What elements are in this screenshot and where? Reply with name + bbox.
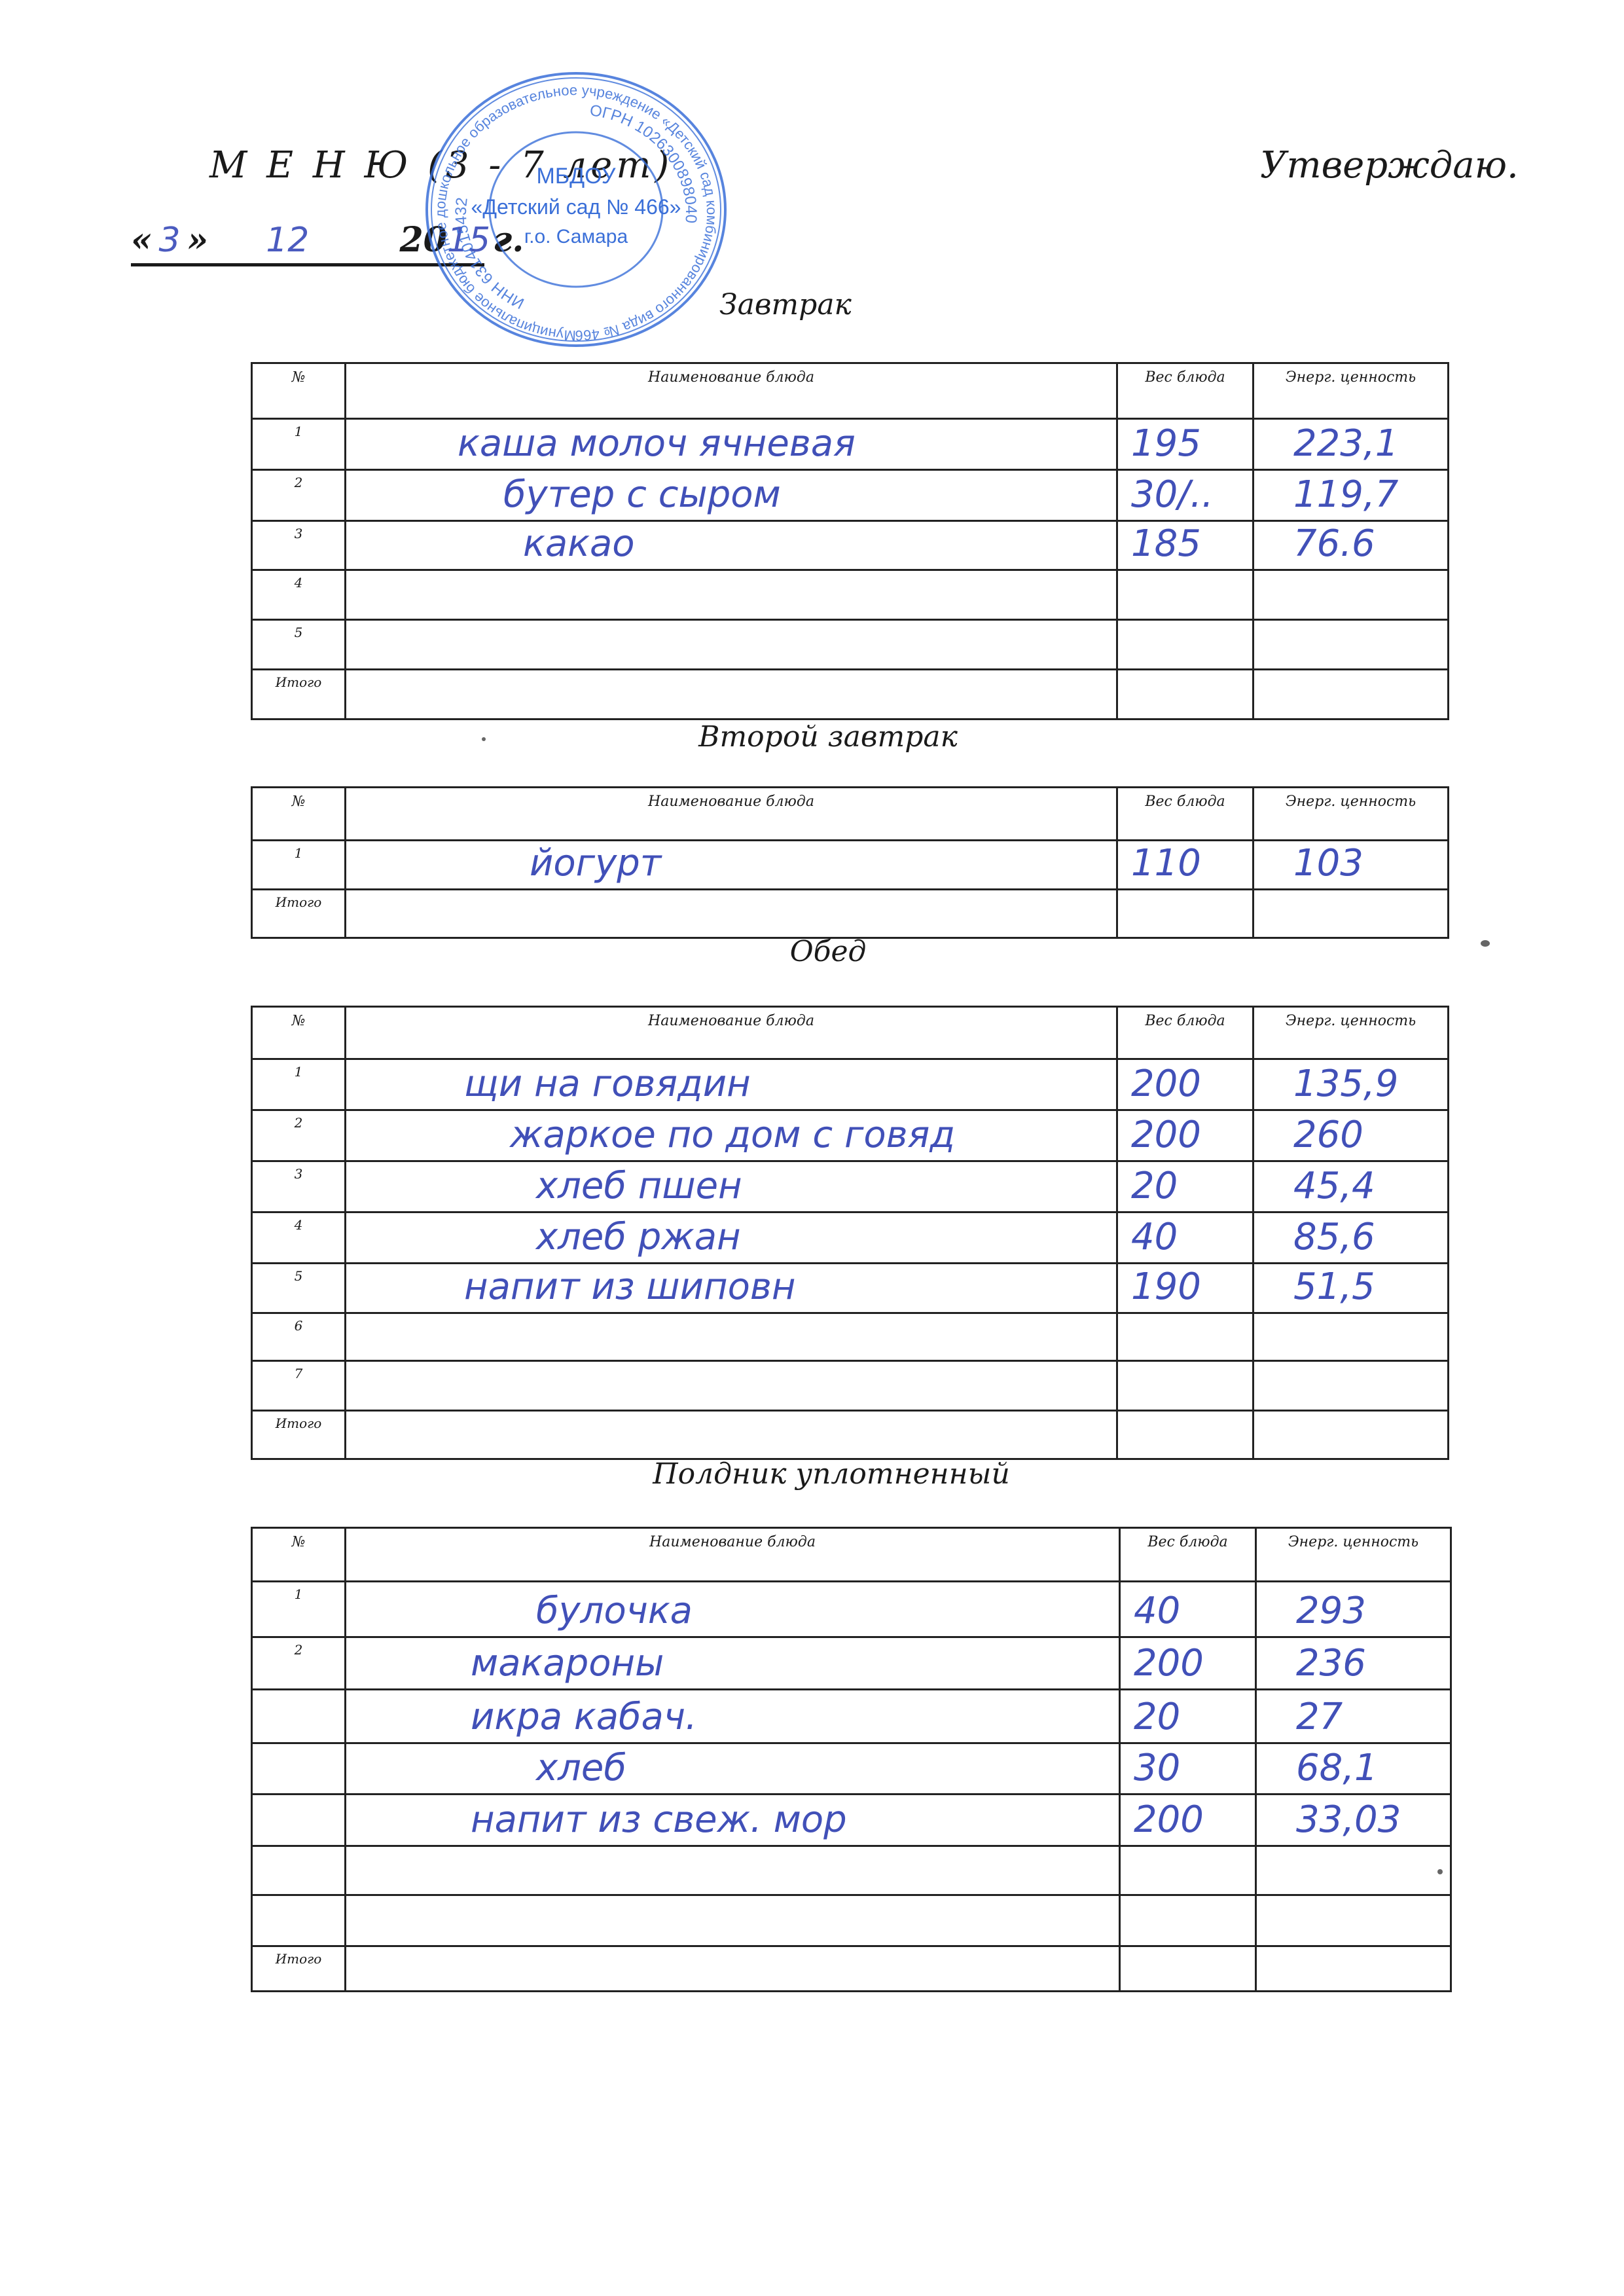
col-energy-header: Энерг. ценность [1254,788,1449,841]
row-number [252,1690,346,1743]
dish-energy-cell [1254,1313,1449,1361]
table-row: 4хлеб ржан4085,6 [252,1212,1449,1264]
table-header: №Наименование блюдаВес блюдаЭнерг. ценно… [252,1528,1451,1582]
dish-energy-cell-text: 236 [1296,1642,1366,1685]
total-cell [346,890,1117,938]
dish-energy-cell: 76.6 [1254,521,1449,570]
dish-weight-cell: 190 [1117,1264,1254,1313]
col-dish-header: Наименование блюда [346,1528,1120,1582]
dish-name-cell-text: бутер с сыром [503,473,781,516]
col-dish-header: Наименование блюда [346,363,1117,419]
dish-weight-cell [1117,1313,1254,1361]
dish-energy-cell: 236 [1256,1637,1451,1690]
total-label: Итого [252,670,346,720]
total-cell [1254,670,1449,720]
dish-weight-cell: 200 [1117,1110,1254,1161]
table-row: 3хлеб пшен2045,4 [252,1161,1449,1212]
dish-name-cell: хлеб [346,1743,1120,1795]
dish-weight-cell [1117,570,1254,620]
row-number: 4 [252,1212,346,1264]
total-label: Итого [252,1411,346,1459]
table-row: 5напит из шиповн19051,5 [252,1264,1449,1313]
scan-speck [1437,1869,1443,1874]
col-weight-header: Вес блюда [1120,1528,1256,1582]
col-num-header: № [252,1007,346,1059]
dish-weight-cell: 30/.. [1117,470,1254,521]
table-row [252,1846,1451,1895]
date-day: 3 [159,221,181,260]
total-label: Итого [252,890,346,938]
dish-name-cell: жаркое по дом с говяд [346,1110,1117,1161]
row-number [252,1846,346,1895]
total-row: Итого [252,670,1449,720]
dish-weight-cell-text: 40 [1131,1216,1178,1258]
dish-energy-cell: 85,6 [1254,1212,1449,1264]
dish-energy-cell-text: 103 [1293,842,1363,884]
col-energy-header: Энерг. ценность [1254,1007,1449,1059]
table-header: №Наименование блюдаВес блюдаЭнерг. ценно… [252,788,1449,841]
dish-weight-cell: 200 [1120,1637,1256,1690]
dish-weight-cell: 30 [1120,1743,1256,1795]
row-number: 2 [252,1637,346,1690]
dish-energy-cell-text: 223,1 [1293,422,1398,465]
scan-speck [1481,940,1490,947]
dish-name-cell [346,570,1117,620]
row-number [252,1743,346,1795]
menu-table: №Наименование блюдаВес блюдаЭнерг. ценно… [251,362,1449,720]
row-number: 5 [252,1264,346,1313]
dish-energy-cell: 103 [1254,841,1449,890]
section-title: Полдник уплотненный [653,1457,1010,1491]
dish-weight-cell [1120,1846,1256,1895]
stamp-center-1: МБДОУ [537,164,616,189]
row-number: 1 [252,1582,346,1637]
table-row: 3какао18576.6 [252,521,1449,570]
dish-name-cell: щи на говядин [346,1059,1117,1110]
total-cell [1117,670,1254,720]
dish-energy-cell-text: 260 [1293,1114,1363,1156]
dish-energy-cell: 33,03 [1256,1795,1451,1846]
scan-speck [482,737,486,741]
dish-name-cell: хлеб пшен [346,1161,1117,1212]
row-number: 2 [252,470,346,521]
col-weight-header: Вес блюда [1117,788,1254,841]
total-cell [346,1946,1120,1992]
dish-weight-cell: 20 [1120,1690,1256,1743]
row-number: 1 [252,1059,346,1110]
table-row: икра кабач.2027 [252,1690,1451,1743]
dish-name-cell-text: каша молоч ячневая [458,422,856,465]
dish-weight-cell-text: 200 [1134,1642,1204,1685]
row-number: 4 [252,570,346,620]
dish-weight-cell [1120,1895,1256,1946]
col-weight-header: Вес блюда [1117,1007,1254,1059]
total-label: Итого [252,1946,346,1992]
date-close-quote: » [187,220,209,260]
dish-name-cell-text: какао [523,522,635,565]
row-number [252,1795,346,1846]
dish-name-cell-text: йогурт [530,842,661,884]
dish-energy-cell-text: 51,5 [1293,1266,1375,1308]
table-row [252,1895,1451,1946]
dish-name-cell: хлеб ржан [346,1212,1117,1264]
menu-table: №Наименование блюдаВес блюдаЭнерг. ценно… [251,1527,1452,1992]
dish-name-cell [346,620,1117,670]
table-row: 1каша молоч ячневая195223,1 [252,419,1449,470]
dish-energy-cell: 45,4 [1254,1161,1449,1212]
dish-name-cell-text: хлеб ржан [536,1216,741,1258]
table-row: 4 [252,570,1449,620]
table-row: 1булочка40293 [252,1582,1451,1637]
dish-energy-cell-text: 45,4 [1293,1165,1375,1207]
dish-weight-cell: 195 [1117,419,1254,470]
total-row: Итого [252,1946,1451,1992]
dish-energy-cell: 51,5 [1254,1264,1449,1313]
dish-name-cell: напит из свеж. мор [346,1795,1120,1846]
dish-energy-cell: 293 [1256,1582,1451,1637]
dish-weight-cell-text: 195 [1131,422,1201,465]
dish-weight-cell-text: 40 [1134,1590,1180,1632]
table-header: №Наименование блюдаВес блюдаЭнерг. ценно… [252,363,1449,419]
total-cell [1254,890,1449,938]
dish-weight-cell: 40 [1120,1582,1256,1637]
col-dish-header: Наименование блюда [346,1007,1117,1059]
dish-weight-cell: 20 [1117,1161,1254,1212]
total-cell [346,1411,1117,1459]
row-number: 3 [252,521,346,570]
table-row: хлеб3068,1 [252,1743,1451,1795]
total-row: Итого [252,1411,1449,1459]
stamp-center-3: г.о. Самара [524,226,628,247]
total-cell [1117,890,1254,938]
dish-name-cell-text: напит из шиповн [464,1266,795,1308]
dish-name-cell-text: хлеб пшен [536,1165,742,1207]
table-header: №Наименование блюдаВес блюдаЭнерг. ценно… [252,1007,1449,1059]
dish-name-cell: макароны [346,1637,1120,1690]
row-number: 6 [252,1313,346,1361]
total-cell [1254,1411,1449,1459]
dish-energy-cell: 260 [1254,1110,1449,1161]
dish-name-cell [346,1895,1120,1946]
date-month: 12 [266,221,309,260]
dish-energy-cell-text: 27 [1296,1696,1343,1738]
row-number: 1 [252,841,346,890]
dish-name-cell-text: хлеб [536,1747,626,1789]
dish-energy-cell [1254,1361,1449,1411]
dish-energy-cell [1254,620,1449,670]
dish-name-cell: каша молоч ячневая [346,419,1117,470]
table-row: 7 [252,1361,1449,1411]
table-row: 1йогурт110103 [252,841,1449,890]
stamp-center-2: «Детский сад № 466» [471,195,681,219]
table-row: напит из свеж. мор20033,03 [252,1795,1451,1846]
dish-weight-cell: 40 [1117,1212,1254,1264]
dish-name-cell: булочка [346,1582,1120,1637]
section-title: Обед [790,935,867,968]
total-cell [1117,1411,1254,1459]
total-cell [1120,1946,1256,1992]
dish-energy-cell [1256,1895,1451,1946]
dish-weight-cell-text: 30/.. [1131,473,1214,516]
dish-name-cell-text: булочка [536,1590,693,1632]
dish-energy-cell-text: 68,1 [1296,1747,1378,1789]
col-num-header: № [252,1528,346,1582]
dish-energy-cell-text: 119,7 [1293,473,1398,516]
dish-weight-cell-text: 200 [1131,1063,1201,1105]
total-cell [346,670,1117,720]
official-stamp: Муниципальное бюджетное дошкольное образ… [422,69,730,350]
dish-weight-cell: 200 [1117,1059,1254,1110]
dish-name-cell: какао [346,521,1117,570]
dish-weight-cell-text: 30 [1134,1747,1180,1789]
table-row: 6 [252,1313,1449,1361]
dish-energy-cell: 223,1 [1254,419,1449,470]
dish-weight-cell: 110 [1117,841,1254,890]
dish-weight-cell-text: 20 [1131,1165,1178,1207]
section-title: Завтрак [719,288,852,321]
table-row: 2бутер с сыром30/..119,7 [252,470,1449,521]
col-energy-header: Энерг. ценность [1254,363,1449,419]
dish-energy-cell-text: 293 [1296,1590,1366,1632]
row-number [252,1895,346,1946]
dish-energy-cell: 68,1 [1256,1743,1451,1795]
dish-name-cell [346,1846,1120,1895]
dish-weight-cell-text: 110 [1131,842,1201,884]
dish-weight-cell [1117,1361,1254,1411]
dish-weight-cell-text: 200 [1134,1798,1204,1841]
dish-weight-cell-text: 185 [1131,522,1201,565]
row-number: 1 [252,419,346,470]
dish-name-cell-text: икра кабач. [471,1696,697,1738]
dish-name-cell: напит из шиповн [346,1264,1117,1313]
table-row: 2жаркое по дом с говяд200260 [252,1110,1449,1161]
date-open-quote: « [131,220,153,260]
dish-weight-cell-text: 20 [1134,1696,1180,1738]
dish-energy-cell: 27 [1256,1690,1451,1743]
dish-weight-cell-text: 200 [1131,1114,1201,1156]
col-dish-header: Наименование блюда [346,788,1117,841]
dish-name-cell [346,1361,1117,1411]
dish-energy-cell-text: 76.6 [1293,522,1375,565]
dish-name-cell: икра кабач. [346,1690,1120,1743]
dish-name-cell [346,1313,1117,1361]
dish-name-cell-text: щи на говядин [464,1063,751,1105]
dish-weight-cell [1117,620,1254,670]
section-title: Второй завтрак [698,720,958,754]
dish-energy-cell [1256,1846,1451,1895]
menu-table: №Наименование блюдаВес блюдаЭнерг. ценно… [251,786,1449,939]
col-weight-header: Вес блюда [1117,363,1254,419]
total-row: Итого [252,890,1449,938]
dish-energy-cell: 119,7 [1254,470,1449,521]
dish-energy-cell [1254,570,1449,620]
col-num-header: № [252,788,346,841]
dish-energy-cell-text: 85,6 [1293,1216,1375,1258]
dish-name-cell-text: жаркое по дом с говяд [510,1114,955,1156]
dish-energy-cell: 135,9 [1254,1059,1449,1110]
table-row: 1щи на говядин200135,9 [252,1059,1449,1110]
approval-label: Утверждаю. [1260,144,1519,187]
row-number: 7 [252,1361,346,1411]
col-num-header: № [252,363,346,419]
dish-name-cell: бутер с сыром [346,470,1117,521]
dish-name-cell: йогурт [346,841,1117,890]
dish-name-cell-text: макароны [471,1642,664,1685]
dish-weight-cell: 185 [1117,521,1254,570]
col-energy-header: Энерг. ценность [1256,1528,1451,1582]
table-row: 2макароны200236 [252,1637,1451,1690]
total-cell [1256,1946,1451,1992]
dish-weight-cell: 200 [1120,1795,1256,1846]
row-number: 2 [252,1110,346,1161]
dish-name-cell-text: напит из свеж. мор [471,1798,847,1841]
dish-energy-cell-text: 33,03 [1296,1798,1401,1841]
row-number: 5 [252,620,346,670]
table-row: 5 [252,620,1449,670]
dish-energy-cell-text: 135,9 [1293,1063,1398,1105]
dish-weight-cell-text: 190 [1131,1266,1201,1308]
row-number: 3 [252,1161,346,1212]
menu-table: №Наименование блюдаВес блюдаЭнерг. ценно… [251,1006,1449,1460]
